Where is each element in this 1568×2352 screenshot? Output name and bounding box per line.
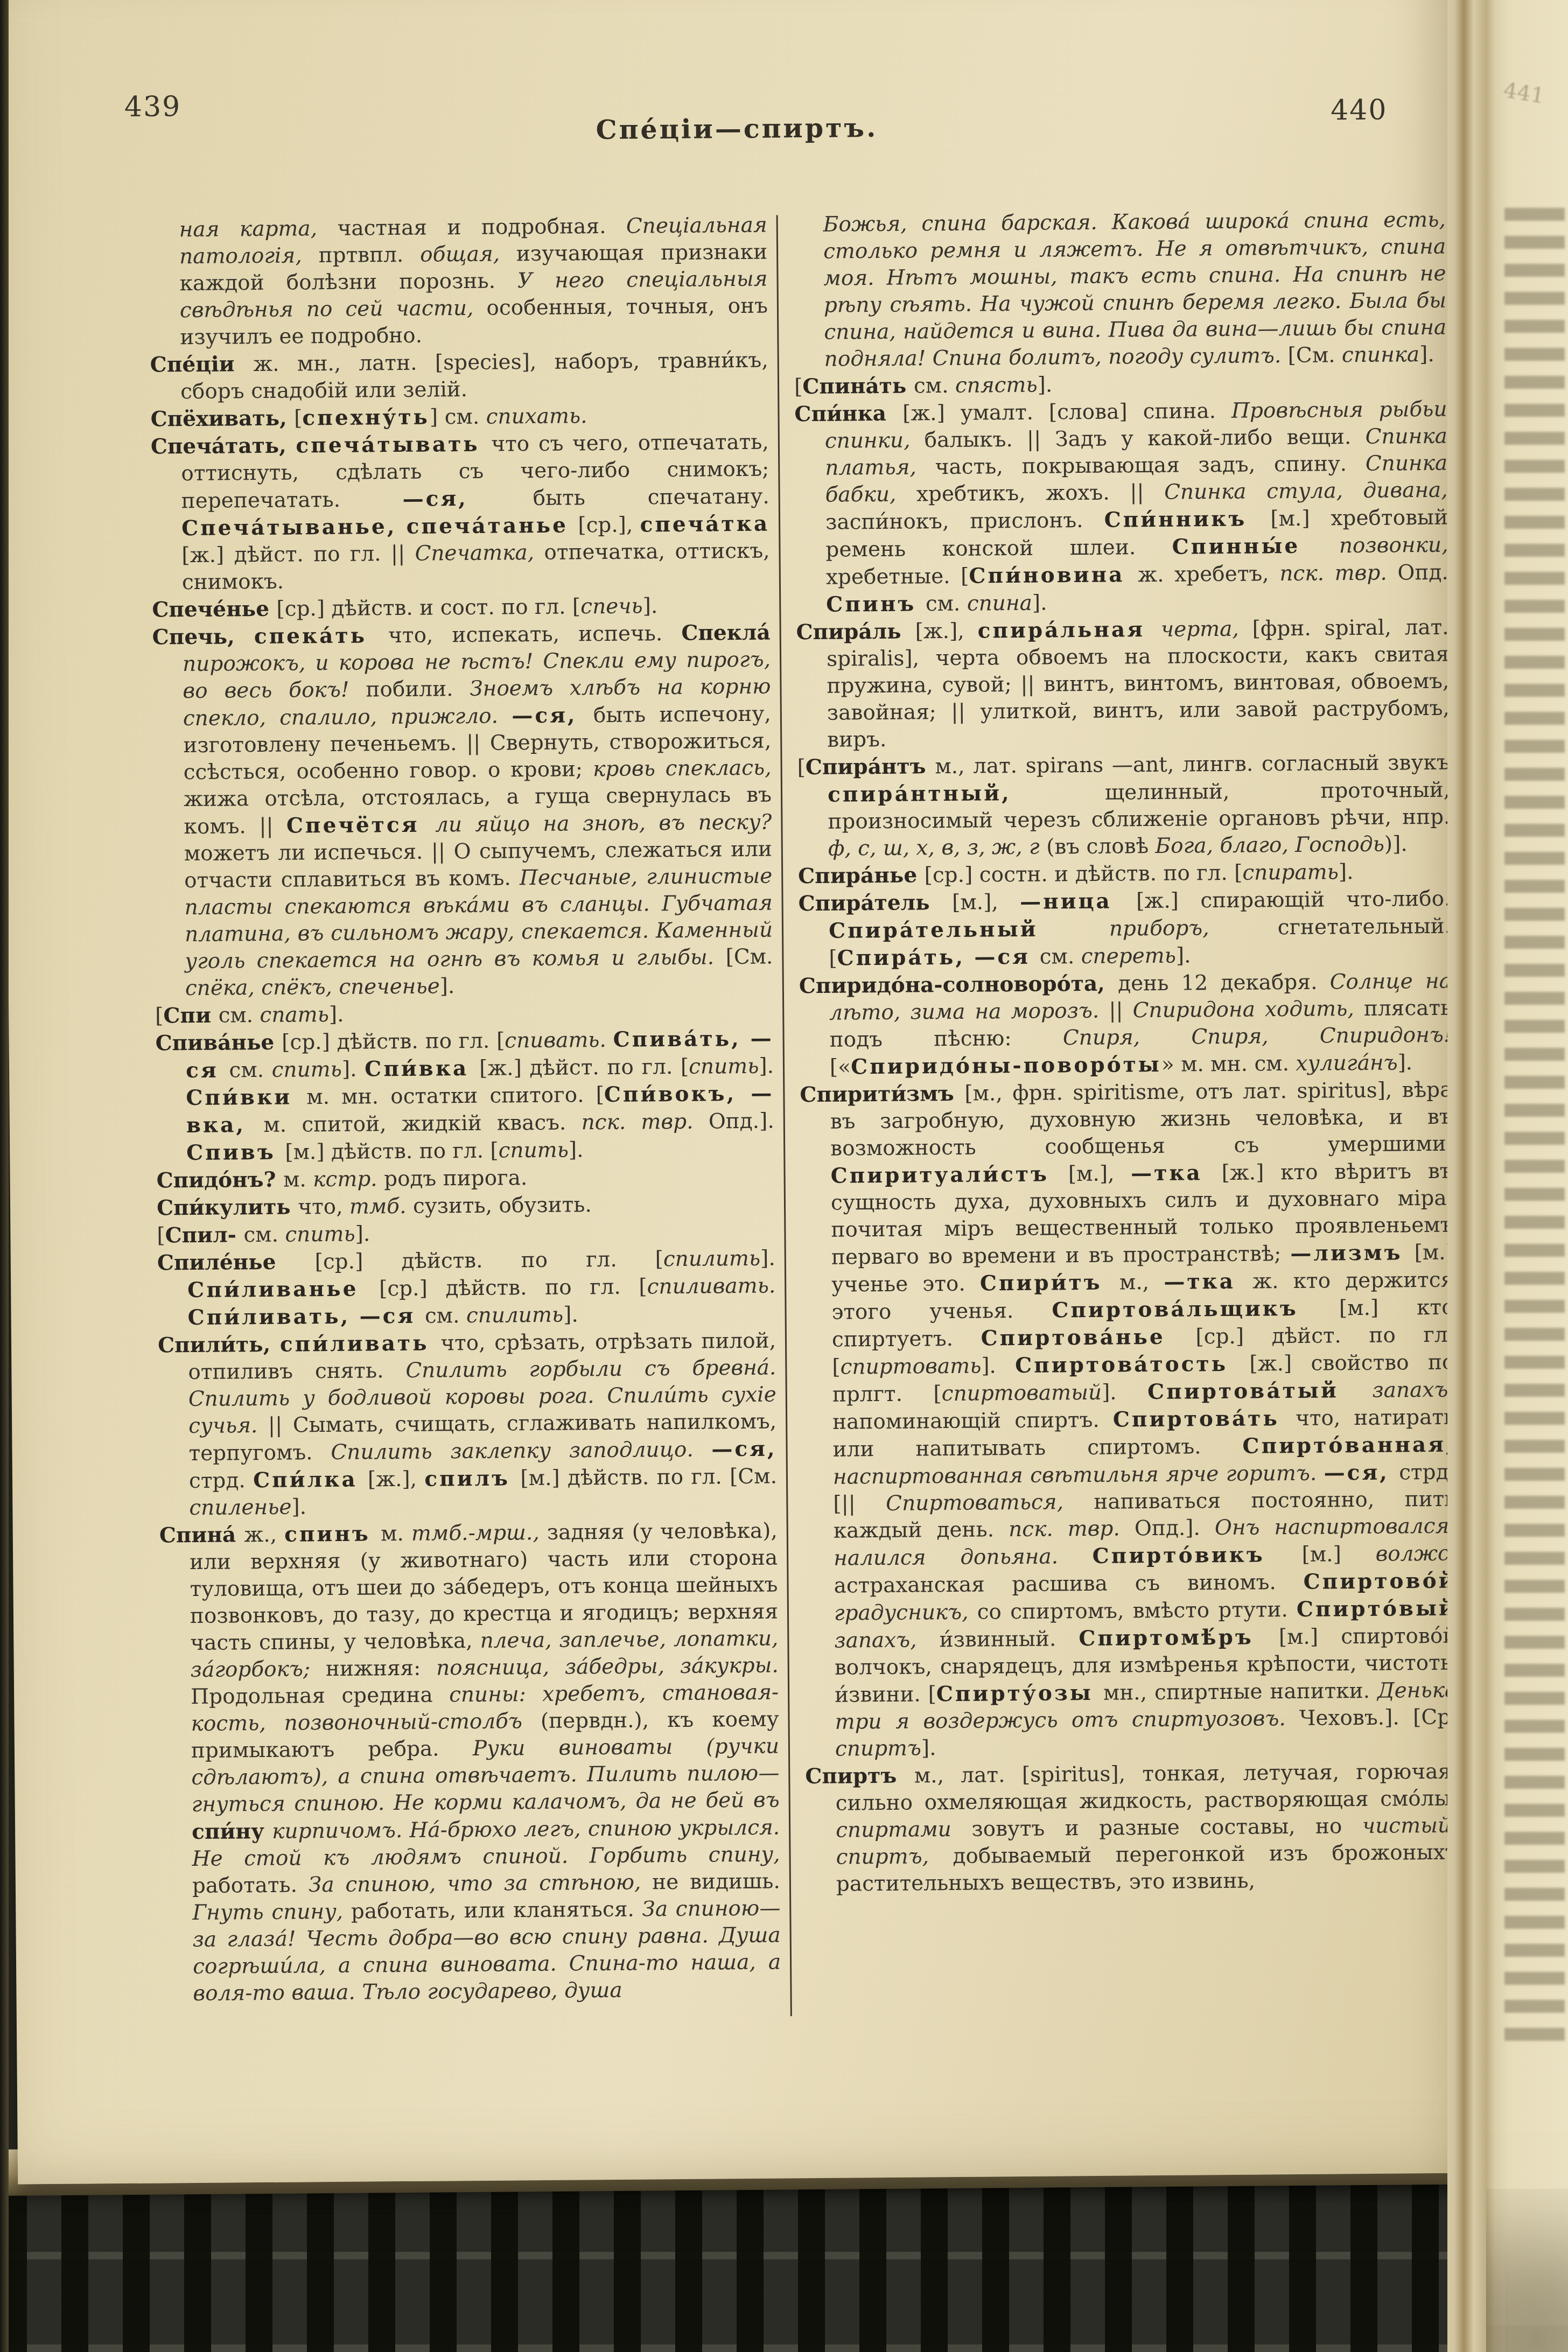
entry-paragraph: Спиле́нье [ср.] дѣйств. по гл. [спилить]… — [157, 1245, 776, 1332]
headword-text: —тка — [1164, 1269, 1252, 1294]
definition-text: м. мн. остатки спитого. [ — [306, 1083, 604, 1109]
definition-text: ]. — [291, 1495, 306, 1519]
bleed-through-text — [1504, 194, 1565, 2041]
definition-text: [ср.] дѣйств. по гл. [ — [282, 1028, 505, 1054]
headword-text: Спи́нка — [794, 401, 902, 427]
definition-text: Опд.]. — [1135, 1516, 1215, 1541]
definition-text: не видишь. — [652, 1869, 780, 1894]
book-cover-edge — [0, 0, 9, 2352]
definition-text: [ж.], — [368, 1467, 425, 1492]
headword-text: —ся, — [402, 486, 533, 512]
headword-text: спехну́ть — [302, 405, 430, 431]
definition-text: [ср.], — [578, 513, 640, 537]
column-number-right: 440 — [1331, 94, 1388, 127]
entry-paragraph: ная карта, частная и подробная. Спеціаль… — [149, 212, 768, 352]
example-text: спивать. — [505, 1028, 613, 1053]
headword-text: Спиритуали́стъ — [830, 1161, 1068, 1188]
headword-text: Спира́нье — [798, 863, 925, 888]
definition-text: ]. — [1032, 591, 1047, 615]
example-text: спиртами — [836, 1817, 972, 1843]
definition-text: напоминающій спиртъ. — [832, 1408, 1113, 1434]
definition-text: [м.] — [1301, 1542, 1375, 1567]
example-text: спинка — [1342, 342, 1420, 367]
headword-text: Спил- — [165, 1222, 243, 1248]
definition-text: Чеховъ.]. [Ср. — [1299, 1705, 1458, 1731]
definition-text: см. — [926, 592, 967, 617]
headword-text: Спиртово́й — [1303, 1569, 1456, 1594]
definition-text: [ж.] умалт. [слова] спина. — [902, 399, 1231, 426]
definition-text: родъ пирога. — [384, 1166, 528, 1191]
example-text: спить — [285, 1222, 355, 1247]
definition-text: Опд.]. — [709, 1109, 774, 1134]
example-text: пск. твр. — [1009, 1516, 1135, 1542]
headword-text: Спи́вка — [365, 1056, 479, 1082]
headword-text: Спирто́викъ — [1093, 1542, 1302, 1569]
headword-text: Спи́вки — [186, 1084, 306, 1110]
example-text: кирпичомъ. На́-брюхо легъ, спиною укрылс… — [192, 1815, 780, 1871]
definition-text: см. — [218, 1003, 260, 1028]
definition-text: м., — [1119, 1270, 1164, 1295]
headword-text: Спеча́тыванье, спеча́танье — [181, 513, 578, 541]
entry-paragraph: Спира́тель [м.], —ница [ж.] спирающій чт… — [798, 885, 1451, 973]
entry-paragraph: Божья, спина барская. Какова́ широка́ сп… — [793, 207, 1447, 374]
definition-text: ]. — [1037, 373, 1052, 397]
headword-text: Спина́ть — [802, 373, 914, 399]
definition-text: часть, покрывающая задъ, спину. — [935, 452, 1366, 479]
definition-text: частная и подробная. — [337, 214, 626, 241]
example-text: Бога, благо, Господь — [1155, 832, 1384, 858]
definition-text: хребетные. [ — [826, 564, 969, 590]
example-text: спиливать. — [647, 1274, 775, 1299]
example-text: спечь — [580, 594, 643, 619]
definition-text: м. — [381, 1522, 411, 1546]
headword-text: Спира́тель — [798, 890, 952, 916]
definition-text: день 12 декабря. — [1118, 970, 1330, 996]
entry-paragraph: Спили́ть, спи́ливать что, срѣзать, отрѣз… — [158, 1327, 778, 1522]
definition-text: ]. — [1102, 1380, 1148, 1405]
headword-text: спеча́тка — [640, 512, 769, 537]
example-text: пск. твр. — [1279, 561, 1397, 586]
headword-text: Спирити́змъ — [800, 1081, 964, 1107]
headword-text: спира́льная — [977, 617, 1161, 643]
definition-text: )]. — [1384, 832, 1408, 856]
definition-text: см. — [243, 1223, 285, 1248]
headword-text: спинъ — [284, 1521, 381, 1546]
definition-text: балыкъ. || Задъ у какой-либо вещи. — [924, 425, 1365, 452]
example-text: Спинка стула, дивана, — [1164, 478, 1448, 505]
headword-text: спеча́тывать — [296, 432, 491, 458]
definition-text: [ — [294, 406, 303, 430]
definition-text: м., лат. spirans —ant, лингв. согласный … — [935, 751, 1450, 779]
definition-text: см. — [229, 1058, 272, 1083]
definition-text: зовутъ и разные составы, но — [971, 1814, 1362, 1842]
entry-paragraph: [Спира́нтъ м., лат. spirans —ant, лингв.… — [797, 749, 1451, 863]
definition-text: ж. хребетъ, — [1138, 562, 1279, 587]
definition-text: [ср.] состн. и дѣйств. по гл. [ — [925, 861, 1243, 888]
entry-paragraph: Спина́ ж., спинъ м. тмб.-мрш., задняя (у… — [159, 1517, 781, 2007]
definition-text: [м.], — [952, 890, 1020, 915]
headword-text: Спирту́озы — [936, 1681, 1103, 1706]
definition-text: (въ словѣ — [1046, 834, 1156, 859]
example-text: ная карта, — [179, 216, 338, 242]
definition-text: см. — [914, 374, 955, 398]
definition-text: [ж.] дѣйст. по гл. [ — [479, 1055, 689, 1081]
entry-paragraph: Спёхивать, [спехну́ть] см. спихать. — [150, 401, 768, 433]
definition-text: [См. — [1288, 343, 1342, 368]
headword-text: Спиртова́тый — [1147, 1378, 1373, 1404]
example-text: Спиртоваться, — [886, 1490, 1094, 1516]
headword-text: Спи — [163, 1003, 218, 1028]
headword-text: Спира́ль — [796, 619, 915, 645]
headword-text: Спи́ливанье — [187, 1276, 379, 1303]
right-column: Божья, спина барская. Какова́ широка́ сп… — [793, 207, 1459, 1898]
entry-paragraph: [Спи см. спать]. — [155, 998, 773, 1030]
definition-text: ]. — [440, 974, 455, 998]
definition-text: [« — [830, 1055, 851, 1079]
entry-paragraph: Спече́нье [ср.] дѣйств. и сост. по гл. [… — [152, 592, 770, 624]
entry-paragraph: Спидо́нъ? м. кстр. родъ пирога. — [156, 1163, 774, 1195]
example-text: спиленье — [189, 1495, 291, 1520]
definition-text: » м. мн. см. — [1161, 1052, 1296, 1077]
definition-text: ж., — [244, 1523, 284, 1548]
example-text: спереть — [1081, 944, 1176, 969]
entry-paragraph: Спиртъ м., лат. [spiritus], тонкая, лету… — [805, 1758, 1459, 1899]
definition-text: [ — [155, 1004, 164, 1028]
definition-text: сузить, обузить. — [413, 1193, 592, 1219]
definition-text: ]. — [569, 1138, 584, 1162]
entry-paragraph: Спирити́змъ [м., фрн. spiritisme, отъ ла… — [800, 1076, 1458, 1763]
definition-text: ]. — [760, 1247, 775, 1271]
headword-text: спира́нтный, — [828, 780, 1105, 807]
definition-text: [ — [797, 755, 806, 780]
definition-text: быть спечатану. — [533, 485, 769, 510]
headword-text: Спи́кулить — [157, 1194, 298, 1220]
headword-text: Спира́тельный — [829, 916, 1109, 943]
example-text: запахъ, — [1372, 1378, 1455, 1403]
headword-text: Спиртомѣ́ръ — [1079, 1625, 1279, 1651]
headword-text: Спидо́нъ? — [156, 1167, 283, 1193]
headword-text: Спиртова́тость — [1015, 1352, 1250, 1378]
headword-text: спилъ — [424, 1466, 520, 1491]
example-text: черта, — [1161, 617, 1252, 642]
definition-text: ] см. — [430, 405, 486, 430]
definition-text: [ср.] дѣйств. по гл. [ — [379, 1275, 647, 1301]
entry-paragraph: Спиридо́на-солноворо́та, день 12 декабря… — [799, 968, 1453, 1082]
definition-text: и́звинный. — [939, 1627, 1079, 1652]
definition-text: [ж.], — [915, 619, 978, 644]
cradle-mat — [0, 2181, 1568, 2352]
headword-text: Спиртъ — [805, 1763, 914, 1789]
next-page-number: 441 — [1502, 78, 1546, 108]
definition-text: хребтикъ, жохъ. || — [916, 480, 1165, 507]
headword-text: Спи́нникъ — [1104, 506, 1270, 532]
example-text: спить — [498, 1138, 569, 1163]
definition-text: [ — [157, 1223, 165, 1248]
headword-text: Спиртова́ть — [1113, 1406, 1296, 1432]
headword-text: Спечь, — [152, 624, 254, 649]
definition-text: [См. — [725, 945, 773, 970]
headword-text: Спи́новина — [969, 562, 1138, 588]
headword-text: Спи́ливать, —ся — [187, 1304, 425, 1330]
example-text: волжс. — [1375, 1542, 1456, 1566]
example-text: позвонки, — [1339, 533, 1448, 558]
definition-text: м. спитой, жидкій квасъ. — [263, 1110, 582, 1137]
entry-paragraph: Спе́ціи ж. мн., латн. [species], наборъ,… — [150, 347, 769, 406]
page-gutter-shadow — [1447, 0, 1487, 2352]
adjacent-page-sliver: 441 — [1486, 0, 1568, 2352]
headword-text: Спиле́нье — [157, 1249, 315, 1275]
definition-text: работать. — [192, 1873, 309, 1898]
definition-text: пртвпл. — [318, 243, 420, 268]
headword-text: —ся, — [512, 703, 593, 728]
headword-text: Спира́ть, —ся — [837, 944, 1039, 971]
example-text: ли яйцо на зноѣ, въ песку? — [435, 810, 772, 837]
definition-text: астраханская расшива съ виномъ. — [834, 1570, 1303, 1598]
definition-text: ]. — [1419, 342, 1434, 367]
running-head: Спе́ціи—спиртъ. — [430, 111, 1044, 147]
example-text: Спиридона ходить, — [1132, 997, 1364, 1023]
example-text: спина — [967, 591, 1032, 616]
entry-paragraph: Спи́нка [ж.] умалт. [слова] спина. Провѣ… — [794, 396, 1448, 619]
headword-text: Спири́тъ — [980, 1270, 1119, 1296]
headword-text: Спече́нье — [152, 597, 277, 622]
example-text: запахъ, — [834, 1628, 940, 1653]
definition-text: см. — [425, 1304, 466, 1328]
headword-text: Спиридо́ны-поворо́ты — [851, 1052, 1161, 1080]
example-text: спилить — [466, 1303, 564, 1328]
definition-text: ж. мн., латн. [species], наборъ, травни́… — [180, 348, 768, 404]
example-text: поясница, за́бедры, за́кукры. — [436, 1653, 779, 1680]
headword-text: Спи́лка — [253, 1467, 368, 1493]
example-text: спиртоватый — [942, 1381, 1102, 1406]
definition-text: со спиртомъ, вмѣсто ртути. — [977, 1598, 1297, 1625]
example-text: спить — [689, 1054, 759, 1079]
definition-text: ]. — [355, 1222, 370, 1246]
headword-text: Спира́нтъ — [806, 754, 935, 780]
headword-text: Спиртова́льщикъ — [1052, 1296, 1339, 1322]
headword-text: Спили́ть, — [158, 1332, 280, 1358]
example-text: спирать — [1242, 860, 1339, 885]
example-text: Спечатка, — [415, 541, 544, 566]
definition-text: побили. — [366, 677, 470, 702]
headword-text: Спирто́вый — [1297, 1596, 1457, 1622]
definition-text: м. — [283, 1167, 313, 1192]
definition-text: ]. — [1176, 943, 1191, 968]
headword-text: Спечётся — [286, 812, 435, 838]
example-text: спиртъ — [835, 1736, 921, 1761]
headword-text: спи́ну — [192, 1819, 272, 1844]
headword-text: Спирто́ванная, — [1242, 1432, 1455, 1459]
definition-text: что, — [298, 1195, 349, 1220]
headword-text: Спива́нье — [155, 1030, 282, 1056]
definition-text: [м.] дѣйств. по гл. [См. — [520, 1464, 777, 1490]
definition-text: м., лат. [spiritus], тонкая, летучая, го… — [836, 1760, 1458, 1816]
entry-paragraph: Спи́кулить что, тмб. сузить, обузить. — [157, 1190, 775, 1222]
definition-text: ]. — [563, 1303, 578, 1327]
definition-text: [ср.] дѣйств. и сост. по гл. [ — [276, 594, 580, 621]
definition-text: работать, или кланяться. — [351, 1897, 642, 1923]
example-text: приборъ, — [1109, 915, 1278, 941]
page-content: 439 Спе́ціи—спиртъ. 440 ная карта, частн… — [1, 0, 1468, 2203]
definition-text: [ср.] дѣйств. по гл. [ — [314, 1247, 663, 1274]
definition-text: || — [1109, 998, 1133, 1023]
definition-text: стрд. — [189, 1468, 253, 1493]
headword-text: Спекла́ — [681, 620, 771, 646]
headword-text: —тка — [1131, 1160, 1222, 1186]
example-text: Гнуть спину, — [192, 1900, 351, 1925]
example-text: спать — [260, 1003, 329, 1027]
headword-text: спека́ть — [254, 623, 389, 649]
definition-text: [ — [794, 375, 803, 399]
definition-text: ]. — [759, 1054, 774, 1079]
left-column: ная карта, частная и подробная. Спеціаль… — [149, 212, 781, 2008]
example-text: наспиртованная свѣтильня ярче горитъ. — [833, 1461, 1324, 1489]
definition-text: ]. — [1397, 1051, 1412, 1075]
definition-text: [м.], — [1068, 1161, 1131, 1186]
example-text: общая, — [420, 242, 516, 267]
definition-text: см. — [1039, 944, 1081, 969]
definition-text: ]. — [921, 1736, 936, 1760]
entry-paragraph: Спива́нье [ср.] дѣйств. по гл. [спивать.… — [155, 1025, 774, 1167]
example-text: ф, с, ш, х, в, з, ж, г — [828, 835, 1047, 861]
column-number-left: 439 — [124, 90, 181, 123]
headword-text: Спиртова́нье — [981, 1324, 1195, 1350]
example-text: спить — [271, 1058, 342, 1082]
definition-text: [м.] дѣйств. по гл. [ — [285, 1139, 499, 1165]
entry-paragraph: [Спил- см. спить]. — [157, 1217, 775, 1250]
definition-text: что, испекать, испечь. — [388, 621, 682, 648]
example-text: спилить — [663, 1247, 761, 1271]
headword-text: спи́ливать — [280, 1331, 441, 1356]
entry-paragraph: Спира́ль [ж.], спира́льная черта, [фрн. … — [796, 614, 1450, 754]
definition-text: ]. — [981, 1354, 1015, 1378]
example-text: спёка, спёкъ, спеченье — [185, 974, 440, 1000]
headword-text: —ся, — [711, 1437, 776, 1462]
example-text: тмб. — [349, 1194, 413, 1219]
headword-text: Спинъ — [826, 591, 926, 617]
definition-text: заспи́нокъ, прислонъ. — [825, 508, 1104, 535]
definition-text: ]. — [643, 594, 658, 618]
example-text: градусникъ, — [834, 1600, 977, 1626]
definition-text: Продольная средина — [191, 1683, 449, 1709]
definition-text: мн., спиртные напитки. — [1103, 1679, 1377, 1705]
example-text: кстр. — [313, 1167, 384, 1192]
headword-text: Спёхивать, — [150, 405, 294, 431]
definition-text: ]. — [329, 1003, 344, 1027]
example-text: тмб.-мрш., — [411, 1521, 547, 1546]
example-text: кровь спеклась, — [593, 756, 772, 782]
example-text: Спилить заклепку заподлицо. — [331, 1437, 711, 1465]
example-text: За спиною, что за стѣною, — [309, 1870, 652, 1897]
book-photo: 439 Спе́ціи—спиртъ. 440 ная карта, частн… — [0, 0, 1568, 2352]
example-text: спиртовать — [840, 1354, 981, 1380]
example-text: пск. твр. — [581, 1109, 709, 1135]
headword-text: —ся, — [1324, 1460, 1399, 1485]
headword-text: Спиридо́на-солноворо́та, — [799, 971, 1118, 998]
definition-text: ]. — [342, 1057, 365, 1081]
definition-text: [ж.] спирающій что-либо. — [1136, 887, 1451, 914]
definition-text: ]. — [1339, 860, 1354, 884]
headword-text: Спе́ціи — [150, 352, 254, 377]
headword-text: Спивъ — [186, 1140, 285, 1165]
definition-text: [ж.] дѣйст. по гл. || — [181, 542, 415, 568]
entry-paragraph: Спеча́тать, спеча́тывать что съ чего, от… — [151, 429, 770, 597]
headword-text: Спинны́е — [1172, 533, 1340, 559]
entry-paragraph: Спечь, спека́ть что, испекать, испечь. С… — [152, 619, 773, 1003]
headword-text: —ница — [1020, 888, 1136, 914]
example-text: спихать. — [486, 404, 587, 429]
definition-text: нижняя: — [326, 1656, 436, 1681]
headword-text: Спеча́тать, — [151, 433, 296, 459]
example-text: Спиря, Спиря, Спиридонъ! — [1063, 1023, 1452, 1051]
definition-text: Опд. — [1397, 561, 1448, 585]
example-text: хулига́нъ — [1296, 1051, 1398, 1075]
headword-text: Спина́ — [159, 1522, 244, 1548]
example-text: спясть — [955, 373, 1038, 398]
dictionary-page: 439 Спе́ціи—спиртъ. 440 ная карта, частн… — [1, 0, 1467, 2185]
headword-text: —лизмъ — [1290, 1240, 1415, 1266]
